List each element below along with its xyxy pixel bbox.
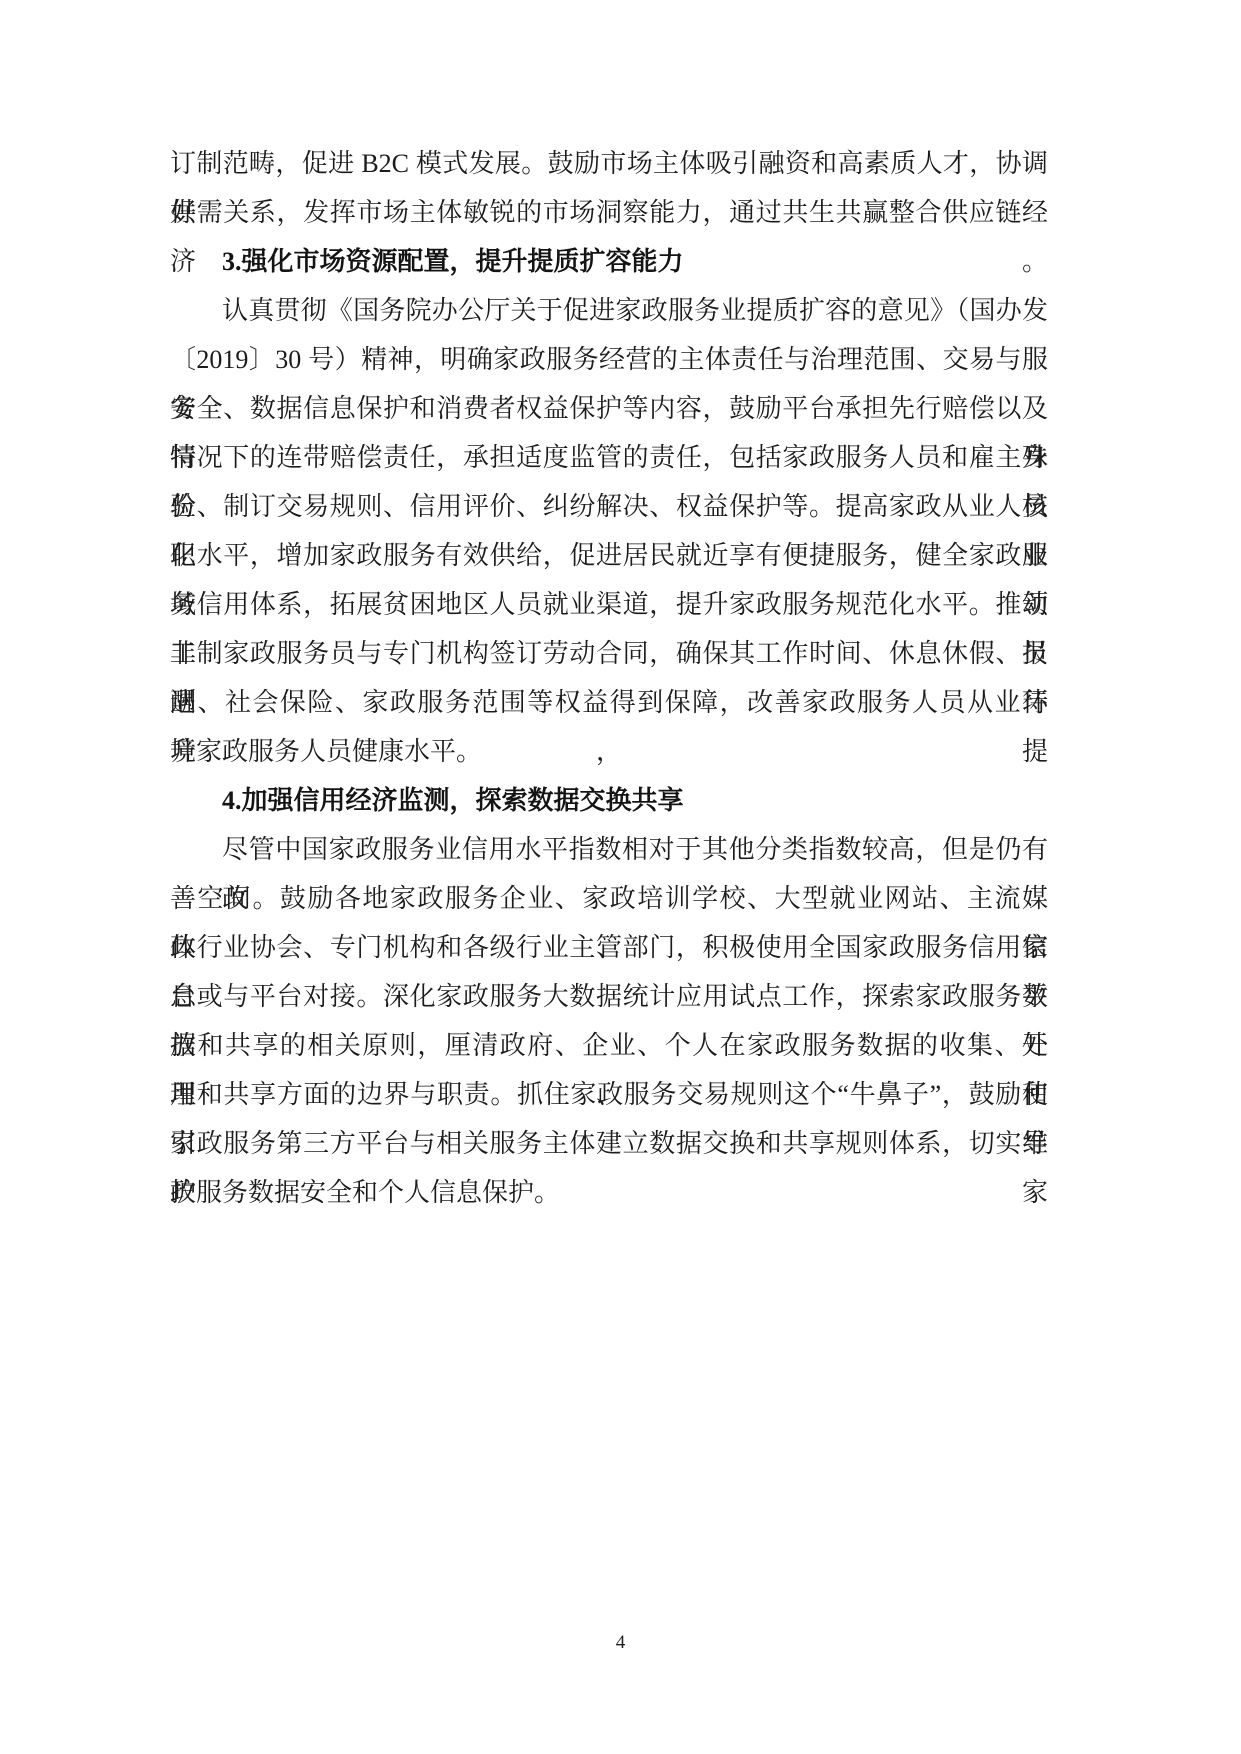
text-line: 情况下的连带赔偿责任，承担适度监管的责任，包括家政服务人员和雇主身份核 xyxy=(170,433,1048,482)
document-body: 订制范畴，促进 B2C 模式发展。鼓励市场主体吸引融资和高素质人才，协调好 供需… xyxy=(170,139,1048,1217)
text-line: 工制家政服务员与专门机构签订劳动合同，确保其工作时间、休息休假、报酬待 xyxy=(170,629,1048,678)
text-line: 〔2019〕30 号）精神，明确家政服务经营的主体责任与治理范围、交易与服务 xyxy=(170,335,1048,384)
section-3: 3.强化市场资源配置，提升提质扩容能力 认真贯彻《国务院办公厅关于促进家政服务业… xyxy=(170,237,1048,776)
section-heading: 4.加强信用经济监测，探索数据交换共享 xyxy=(170,776,1048,825)
text-line: 域信用体系，拓展贫困地区人员就业渠道，提升家政服务规范化水平。推动非员 xyxy=(170,580,1048,629)
text-line: 认真贯彻《国务院办公厅关于促进家政服务业提质扩容的意见》（国办发 xyxy=(170,286,1048,335)
document-page: 订制范畴，促进 B2C 模式发展。鼓励市场主体吸引融资和高素质人才，协调好 供需… xyxy=(0,0,1241,1754)
text-line: 遇、社会保险、家政服务范围等权益得到保障，改善家政服务人员从业环境，提 xyxy=(170,678,1048,727)
text-line: 放和共享的相关原则，厘清政府、企业、个人在家政服务数据的收集、处理、使 xyxy=(170,1021,1048,1070)
page-number: 4 xyxy=(0,1630,1241,1656)
text-line: 尽管中国家政服务业信用水平指数相对于其他分类指数较高，但是仍有改 xyxy=(170,825,1048,874)
text-line: 用和共享方面的边界与职责。抓住家政服务交易规则这个“牛鼻子”，鼓励和引导 xyxy=(170,1070,1048,1119)
paragraph-continuation: 订制范畴，促进 B2C 模式发展。鼓励市场主体吸引融资和高素质人才，协调好 供需… xyxy=(170,139,1048,237)
text-line: 安全、数据信息保护和消费者权益保护等内容，鼓励平台承担先行赔偿以及特殊 xyxy=(170,384,1048,433)
text-line: 供需关系，发挥市场主体敏锐的市场洞察能力，通过共生共赢整合供应链经济。 xyxy=(170,188,1048,237)
text-line: 台或与平台对接。深化家政服务大数据统计应用试点工作，探索家政服务数据开 xyxy=(170,972,1048,1021)
text-line: 家政服务第三方平台与相关服务主体建立数据交换和共享规则体系，切实维护家 xyxy=(170,1119,1048,1168)
section-4: 4.加强信用经济监测，探索数据交换共享 尽管中国家政服务业信用水平指数相对于其他… xyxy=(170,776,1048,1217)
text-line: 验、制订交易规则、信用评价、纠纷解决、权益保护等。提高家政从业人员职业 xyxy=(170,482,1048,531)
text-line: 订制范畴，促进 B2C 模式发展。鼓励市场主体吸引融资和高素质人才，协调好 xyxy=(170,139,1048,188)
text-line: 化水平，增加家政服务有效供给，促进居民就近享有便捷服务，健全家政服务领 xyxy=(170,531,1048,580)
text-line: 政行业协会、专门机构和各级行业主管部门，积极使用全国家政服务信用信息平 xyxy=(170,923,1048,972)
text-line: 善空间。鼓励各地家政服务企业、家政培训学校、大型就业网站、主流媒体、家 xyxy=(170,874,1048,923)
